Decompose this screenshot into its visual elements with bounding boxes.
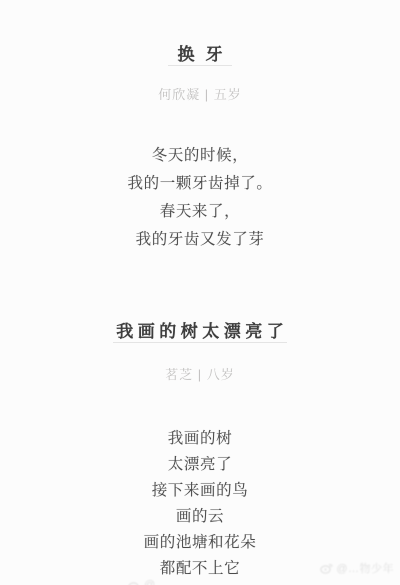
poem1-body: 冬天的时候， 我的一颗牙齿掉了。 春天来了， 我的牙齿又发了芽 xyxy=(0,142,400,254)
poem1-title: 换牙 xyxy=(0,40,400,65)
poem2-line: 我画的树 xyxy=(0,426,400,452)
poem1-line: 我的一颗牙齿掉了。 xyxy=(0,170,400,198)
poem1-line: 冬天的时候， xyxy=(0,142,400,170)
poem1-author: 何欣凝 | 五岁 xyxy=(0,84,400,103)
poem-page: 换牙 何欣凝 | 五岁 冬天的时候， 我的一颗牙齿掉了。 春天来了， 我的牙齿又… xyxy=(0,0,400,585)
poem2-author: 茗芝 | 八岁 xyxy=(0,364,400,383)
poem1-line: 春天来了， xyxy=(0,198,400,226)
weibo-watermark-fragment: @… xyxy=(128,579,167,585)
poem2-line: 画的云 xyxy=(0,504,400,530)
poem1-title-divider xyxy=(168,65,232,66)
weibo-logo-icon xyxy=(128,580,141,585)
poem2-title-divider xyxy=(113,342,287,343)
weibo-watermark-text: @…物少年 xyxy=(336,560,394,576)
weibo-logo-icon xyxy=(320,563,333,574)
poem2-line: 画的池塘和花朵 xyxy=(0,530,400,556)
poem2-title: 我画的树太漂亮了 xyxy=(0,317,400,342)
poem1-line: 我的牙齿又发了芽 xyxy=(0,226,400,254)
poem2-line: 接下来画的鸟 xyxy=(0,478,400,504)
poem2-body: 我画的树 太漂亮了 接下来画的鸟 画的云 画的池塘和花朵 都配不上它 xyxy=(0,426,400,582)
weibo-watermark-fragment-text: @… xyxy=(144,579,167,585)
weibo-watermark: @…物少年 xyxy=(320,560,394,576)
poem2-line: 太漂亮了 xyxy=(0,452,400,478)
